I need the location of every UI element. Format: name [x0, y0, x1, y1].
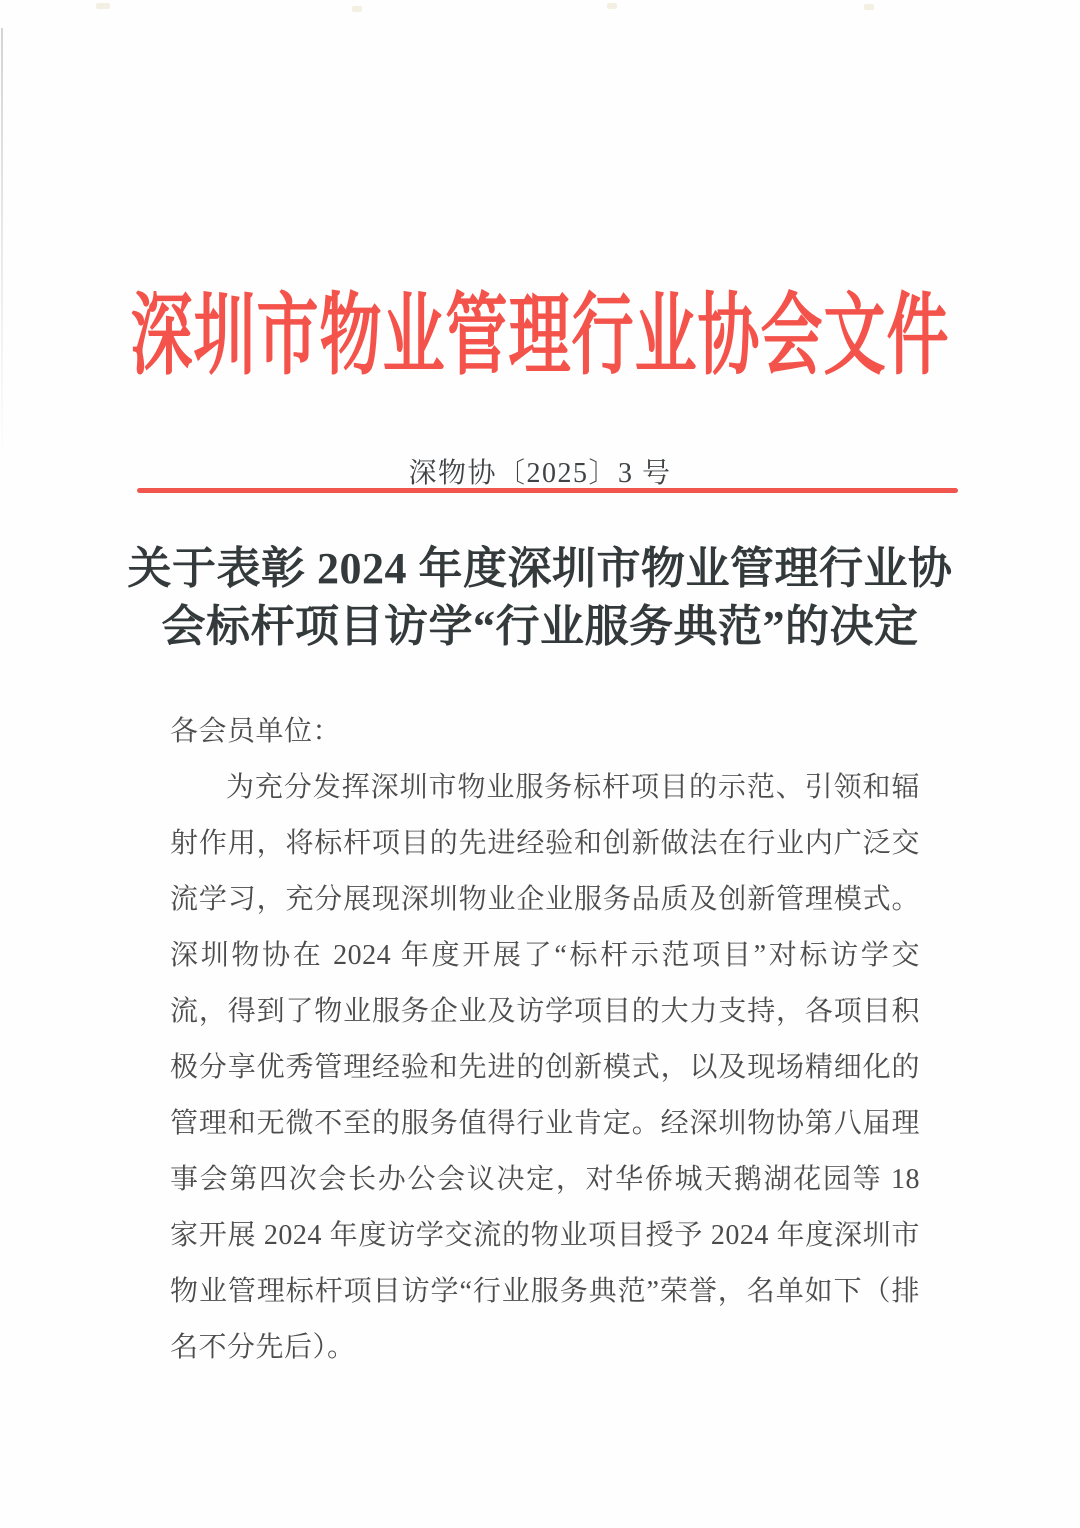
body-line: 射作用，将标杆项目的先进经验和创新做法在行业内广泛交	[170, 816, 920, 872]
body-line: 物业管理标杆项目访学“行业服务典范”荣誉，名单如下（排	[170, 1264, 920, 1320]
salutation: 各会员单位：	[170, 704, 920, 760]
document-body: 各会员单位： 为充分发挥深圳市物业服务标杆项目的示范、引领和辐 射作用，将标杆项…	[170, 704, 920, 1376]
red-divider-line	[137, 488, 958, 493]
body-line: 事会第四次会长办公会议决定，对华侨城天鹅湖花园等 18	[170, 1152, 920, 1208]
document-title-line-1: 关于表彰 2024 年度深圳市物业管理行业协	[0, 540, 1080, 598]
scan-artifact-speck	[352, 6, 362, 12]
document-title: 关于表彰 2024 年度深圳市物业管理行业协 会标杆项目访学“行业服务典范”的决…	[0, 540, 1080, 656]
document-title-line-2: 会标杆项目访学“行业服务典范”的决定	[0, 598, 1080, 656]
body-line: 名不分先后）。	[170, 1320, 920, 1376]
body-line: 为充分发挥深圳市物业服务标杆项目的示范、引领和辐	[170, 760, 920, 816]
document-page: 深圳市物业管理行业协会文件 深物协〔2025〕3 号 关于表彰 2024 年度深…	[0, 0, 1080, 1528]
scan-artifact-edge-line	[1, 28, 3, 458]
scan-artifact-speck	[96, 3, 110, 9]
body-line: 流学习，充分展现深圳物业企业服务品质及创新管理模式。	[170, 872, 920, 928]
body-line: 家开展 2024 年度访学交流的物业项目授予 2024 年度深圳市	[170, 1208, 920, 1264]
body-line: 极分享优秀管理经验和先进的创新模式，以及现场精细化的	[170, 1040, 920, 1096]
body-line: 深圳物协在 2024 年度开展了“标杆示范项目”对标访学交	[170, 928, 920, 984]
body-line: 管理和无微不至的服务值得行业肯定。经深圳物协第八届理	[170, 1096, 920, 1152]
letterhead-title: 深圳市物业管理行业协会文件	[0, 264, 1080, 392]
body-line: 流，得到了物业服务企业及访学项目的大力支持，各项目积	[170, 984, 920, 1040]
scan-artifact-speck	[864, 4, 874, 10]
scan-artifact-speck	[607, 3, 617, 9]
document-number: 深物协〔2025〕3 号	[0, 451, 1080, 491]
